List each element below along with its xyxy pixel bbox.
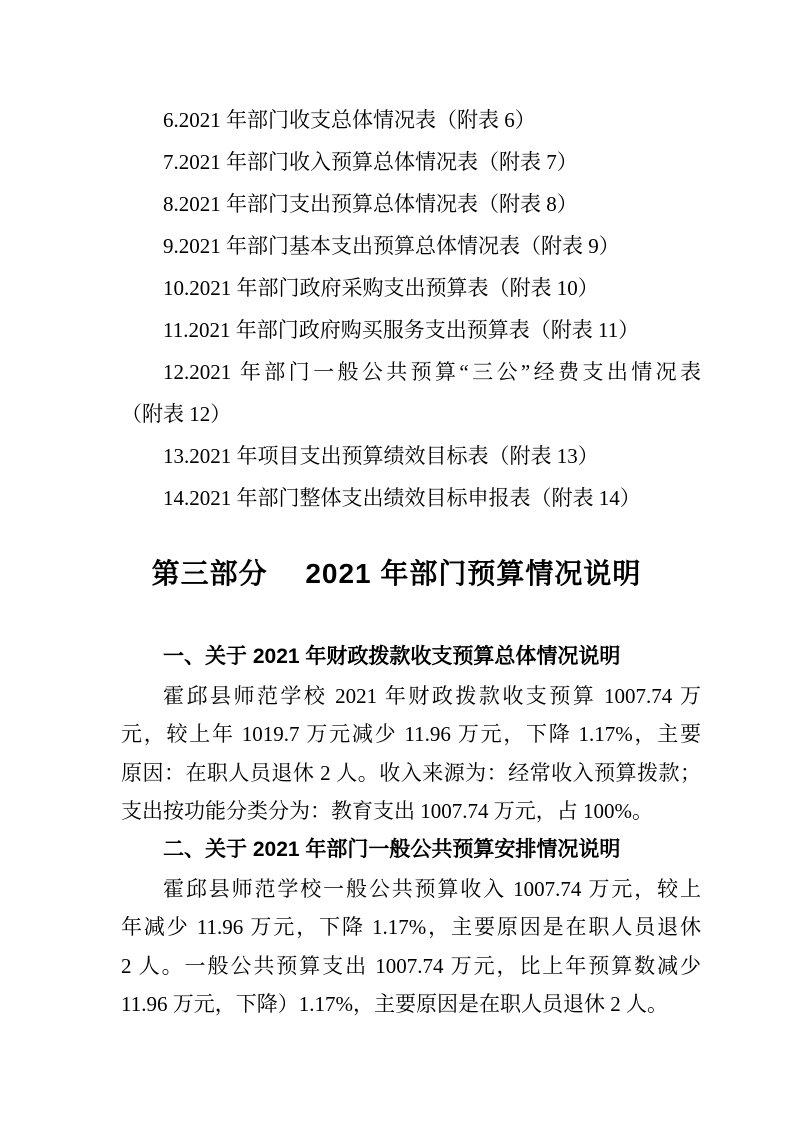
attachment-table-list: 6.2021 年部门收支总体情况表（附表 6）7.2021 年部门收入预算总体情…: [121, 99, 701, 519]
list-item-12-line-1: 12.2021 年部门一般公共预算“三公”经费支出情况表: [121, 351, 701, 393]
list-item-12-line-2: （附表 12）: [121, 393, 701, 435]
para-2-line-4: 11.96 万元，下降）1.17%，主要原因是在职人员退休 2 人。: [121, 985, 701, 1024]
list-item-14: 14.2021 年部门整体支出绩效目标申报表（附表 14）: [121, 477, 701, 519]
subheading-2: 二、关于 2021 年部门一般公共预算安排情况说明: [121, 831, 701, 870]
list-item-7: 7.2021 年部门收入预算总体情况表（附表 7）: [121, 141, 701, 183]
para-2-line-1: 霍邱县师范学校一般公共预算收入 1007.74 万元，较上: [121, 870, 701, 909]
list-item-6: 6.2021 年部门收支总体情况表（附表 6）: [121, 99, 701, 141]
list-item-10: 10.2021 年部门政府采购支出预算表（附表 10）: [121, 267, 701, 309]
budget-notes-section: 一、关于 2021 年财政拨款收支预算总体情况说明霍邱县师范学校 2021 年财…: [121, 638, 701, 1024]
para-1-line-1: 霍邱县师范学校 2021 年财政拨款收支预算 1007.74 万: [121, 677, 701, 716]
document-page: 6.2021 年部门收支总体情况表（附表 6）7.2021 年部门收入预算总体情…: [0, 0, 793, 1122]
para-1-line-3: 原因：在职人员退休 2 人。收入来源为：经常收入预算拨款；: [121, 754, 701, 793]
subheading-1: 一、关于 2021 年财政拨款收支预算总体情况说明: [121, 638, 701, 677]
para-2-line-2: 年减少 11.96 万元，下降 1.17%，主要原因是在职人员退休: [121, 908, 701, 947]
list-item-11: 11.2021 年部门政府购买服务支出预算表（附表 11）: [121, 309, 701, 351]
para-1-line-4: 支出按功能分类分为：教育支出 1007.74 万元，占 100%。: [121, 792, 701, 831]
list-item-8: 8.2021 年部门支出预算总体情况表（附表 8）: [121, 183, 701, 225]
list-item-9: 9.2021 年部门基本支出预算总体情况表（附表 9）: [121, 225, 701, 267]
para-1-line-2: 元，较上年 1019.7 万元减少 11.96 万元，下降 1.17%，主要: [121, 715, 701, 754]
para-2-line-3: 2 人。一般公共预算支出 1007.74 万元，比上年预算数减少: [121, 947, 701, 986]
part-three-heading: 第三部分 2021 年部门预算情况说明: [0, 553, 793, 595]
list-item-13: 13.2021 年项目支出预算绩效目标表（附表 13）: [121, 435, 701, 477]
